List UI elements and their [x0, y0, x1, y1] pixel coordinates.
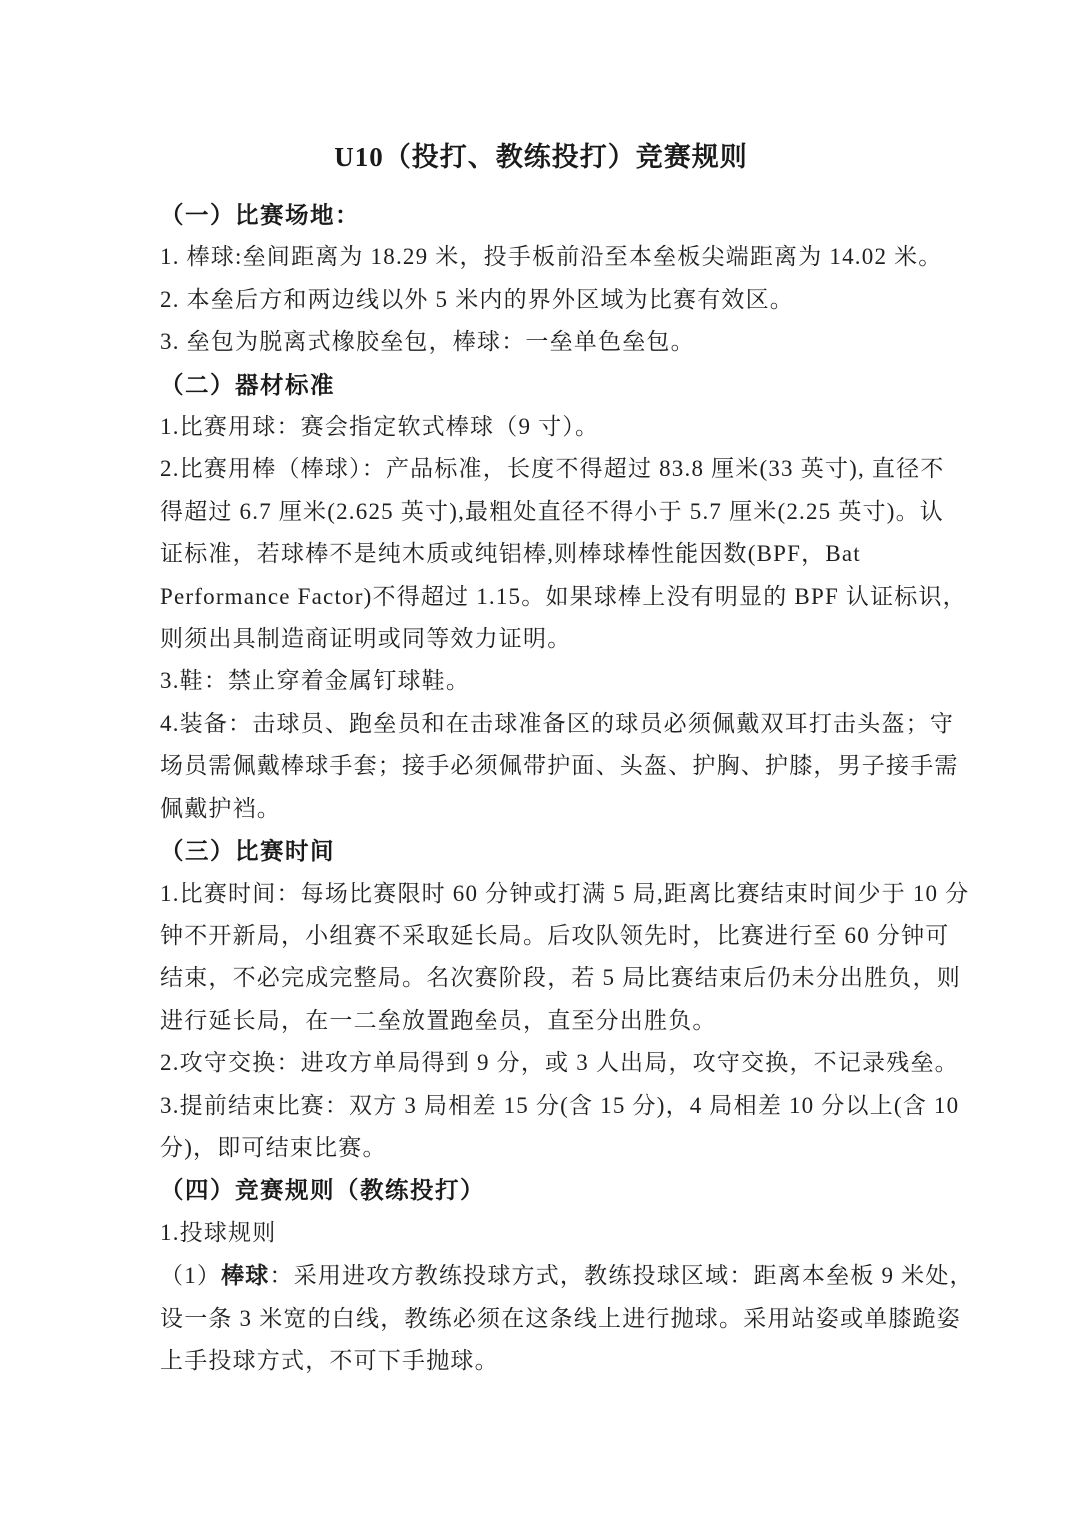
section-3-line: 结束，不必完成完整局。名次赛阶段，若 5 局比赛结束后仍未分出胜负，则: [160, 957, 922, 999]
section-2-line: 得超过 6.7 厘米(2.625 英寸),最粗处直径不得小于 5.7 厘米(2.…: [160, 491, 922, 533]
section-2-heading: （二）器材标准: [160, 364, 922, 406]
pitch-rule-number: （1）: [160, 1263, 221, 1288]
pitch-rule-line: 上手投球方式，不可下手抛球。: [160, 1340, 922, 1382]
section-3-line: 2.攻守交换：进攻方单局得到 9 分，或 3 人出局，攻守交换，不记录残垒。: [160, 1042, 922, 1084]
section-3-heading: （三）比赛时间: [160, 830, 922, 872]
section-2-line: 场员需佩戴棒球手套；接手必须佩带护面、头盔、护胸、护膝，男子接手需: [160, 745, 922, 787]
section-2-line: Performance Factor)不得超过 1.15。如果球棒上没有明显的 …: [160, 576, 922, 618]
pitch-rule-term: 棒球: [221, 1262, 269, 1288]
pitch-rule-text: ：采用进攻方教练投球方式，教练投球区域：距离本垒板 9 米处，: [270, 1263, 974, 1288]
pitch-rule-line: 设一条 3 米宽的白线，教练必须在这条线上进行抛球。采用站姿或单膝跪姿: [160, 1298, 922, 1340]
section-2-line: 1.比赛用球：赛会指定软式棒球（9 寸）。: [160, 406, 922, 448]
section-1-line: 2. 本垒后方和两边线以外 5 米内的界外区域为比赛有效区。: [160, 279, 922, 321]
section-2-line: 2.比赛用棒（棒球）：产品标准，长度不得超过 83.8 厘米(33 英寸), 直…: [160, 448, 922, 490]
section-2-line: 则须出具制造商证明或同等效力证明。: [160, 618, 922, 660]
section-1-line: 3. 垒包为脱离式橡胶垒包，棒球：一垒单色垒包。: [160, 321, 922, 363]
section-2-line: 佩戴护裆。: [160, 788, 922, 830]
section-3-line: 分)，即可结束比赛。: [160, 1127, 922, 1169]
section-3-line: 进行延长局，在一二垒放置跑垒员，直至分出胜负。: [160, 1000, 922, 1042]
section-4-heading: （四）竞赛规则（教练投打）: [160, 1169, 922, 1211]
section-4-line: 1.投球规则: [160, 1212, 922, 1254]
section-3-line: 3.提前结束比赛：双方 3 局相差 15 分(含 15 分)，4 局相差 10 …: [160, 1085, 922, 1127]
document-page: U10（投打、教练投打）竞赛规则 （一）比赛场地： 1. 棒球:垒间距离为 18…: [0, 0, 1080, 1527]
section-3-line: 钟不开新局，小组赛不采取延长局。后攻队领先时，比赛进行至 60 分钟可: [160, 915, 922, 957]
document-title: U10（投打、教练投打）竞赛规则: [160, 140, 922, 174]
section-3-line: 1.比赛时间：每场比赛限时 60 分钟或打满 5 局,距离比赛结束时间少于 10…: [160, 873, 922, 915]
section-2-line: 证标准，若球棒不是纯木质或纯铝棒,则棒球棒性能因数(BPF，Bat: [160, 533, 922, 575]
pitch-rule-line: （1）棒球：采用进攻方教练投球方式，教练投球区域：距离本垒板 9 米处，: [160, 1254, 922, 1297]
section-2-line: 4.装备：击球员、跑垒员和在击球准备区的球员必须佩戴双耳打击头盔；守: [160, 703, 922, 745]
section-1-line: 1. 棒球:垒间距离为 18.29 米，投手板前沿至本垒板尖端距离为 14.02…: [160, 236, 922, 278]
section-1-heading: （一）比赛场地：: [160, 194, 922, 236]
section-2-line: 3.鞋：禁止穿着金属钉球鞋。: [160, 660, 922, 702]
